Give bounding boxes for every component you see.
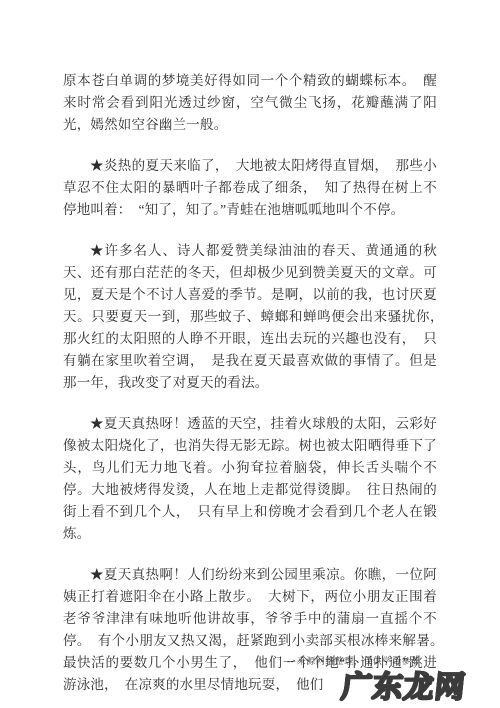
site-watermark: 广东龙网 [340,662,469,706]
document-page: 原本苍白单调的梦境美好得如同一个个精致的蝴蝶标本。 醒来时常会看到阳光透过纱窗，… [0,0,500,708]
paragraph-dream-butterfly: 原本苍白单调的梦境美好得如同一个个精致的蝴蝶标本。 醒来时常会看到阳光透过纱窗，… [63,70,437,136]
paragraph-summer-so-hot-sky: ★夏天真热呀！透蓝的天空，挂着火球般的太阳，云彩好像被太阳烧化了，也消失得无影无… [63,413,437,545]
paragraph-poets-praise-seasons: ★许多名人、诗人都爱赞美绿油油的春天、黄通通的秋天、还有那白茫茫的冬天，但却极少… [63,240,437,394]
text-body: 原本苍白单调的梦境美好得如同一个个精致的蝴蝶标本。 醒来时常会看到阳光透过纱窗，… [63,70,437,708]
paragraph-hot-summer-arrives: ★炎热的夏天来临了， 大地被太阳烤得直冒烟， 那些小草忍不住太阳的暴晒叶子都卷成… [63,155,437,221]
